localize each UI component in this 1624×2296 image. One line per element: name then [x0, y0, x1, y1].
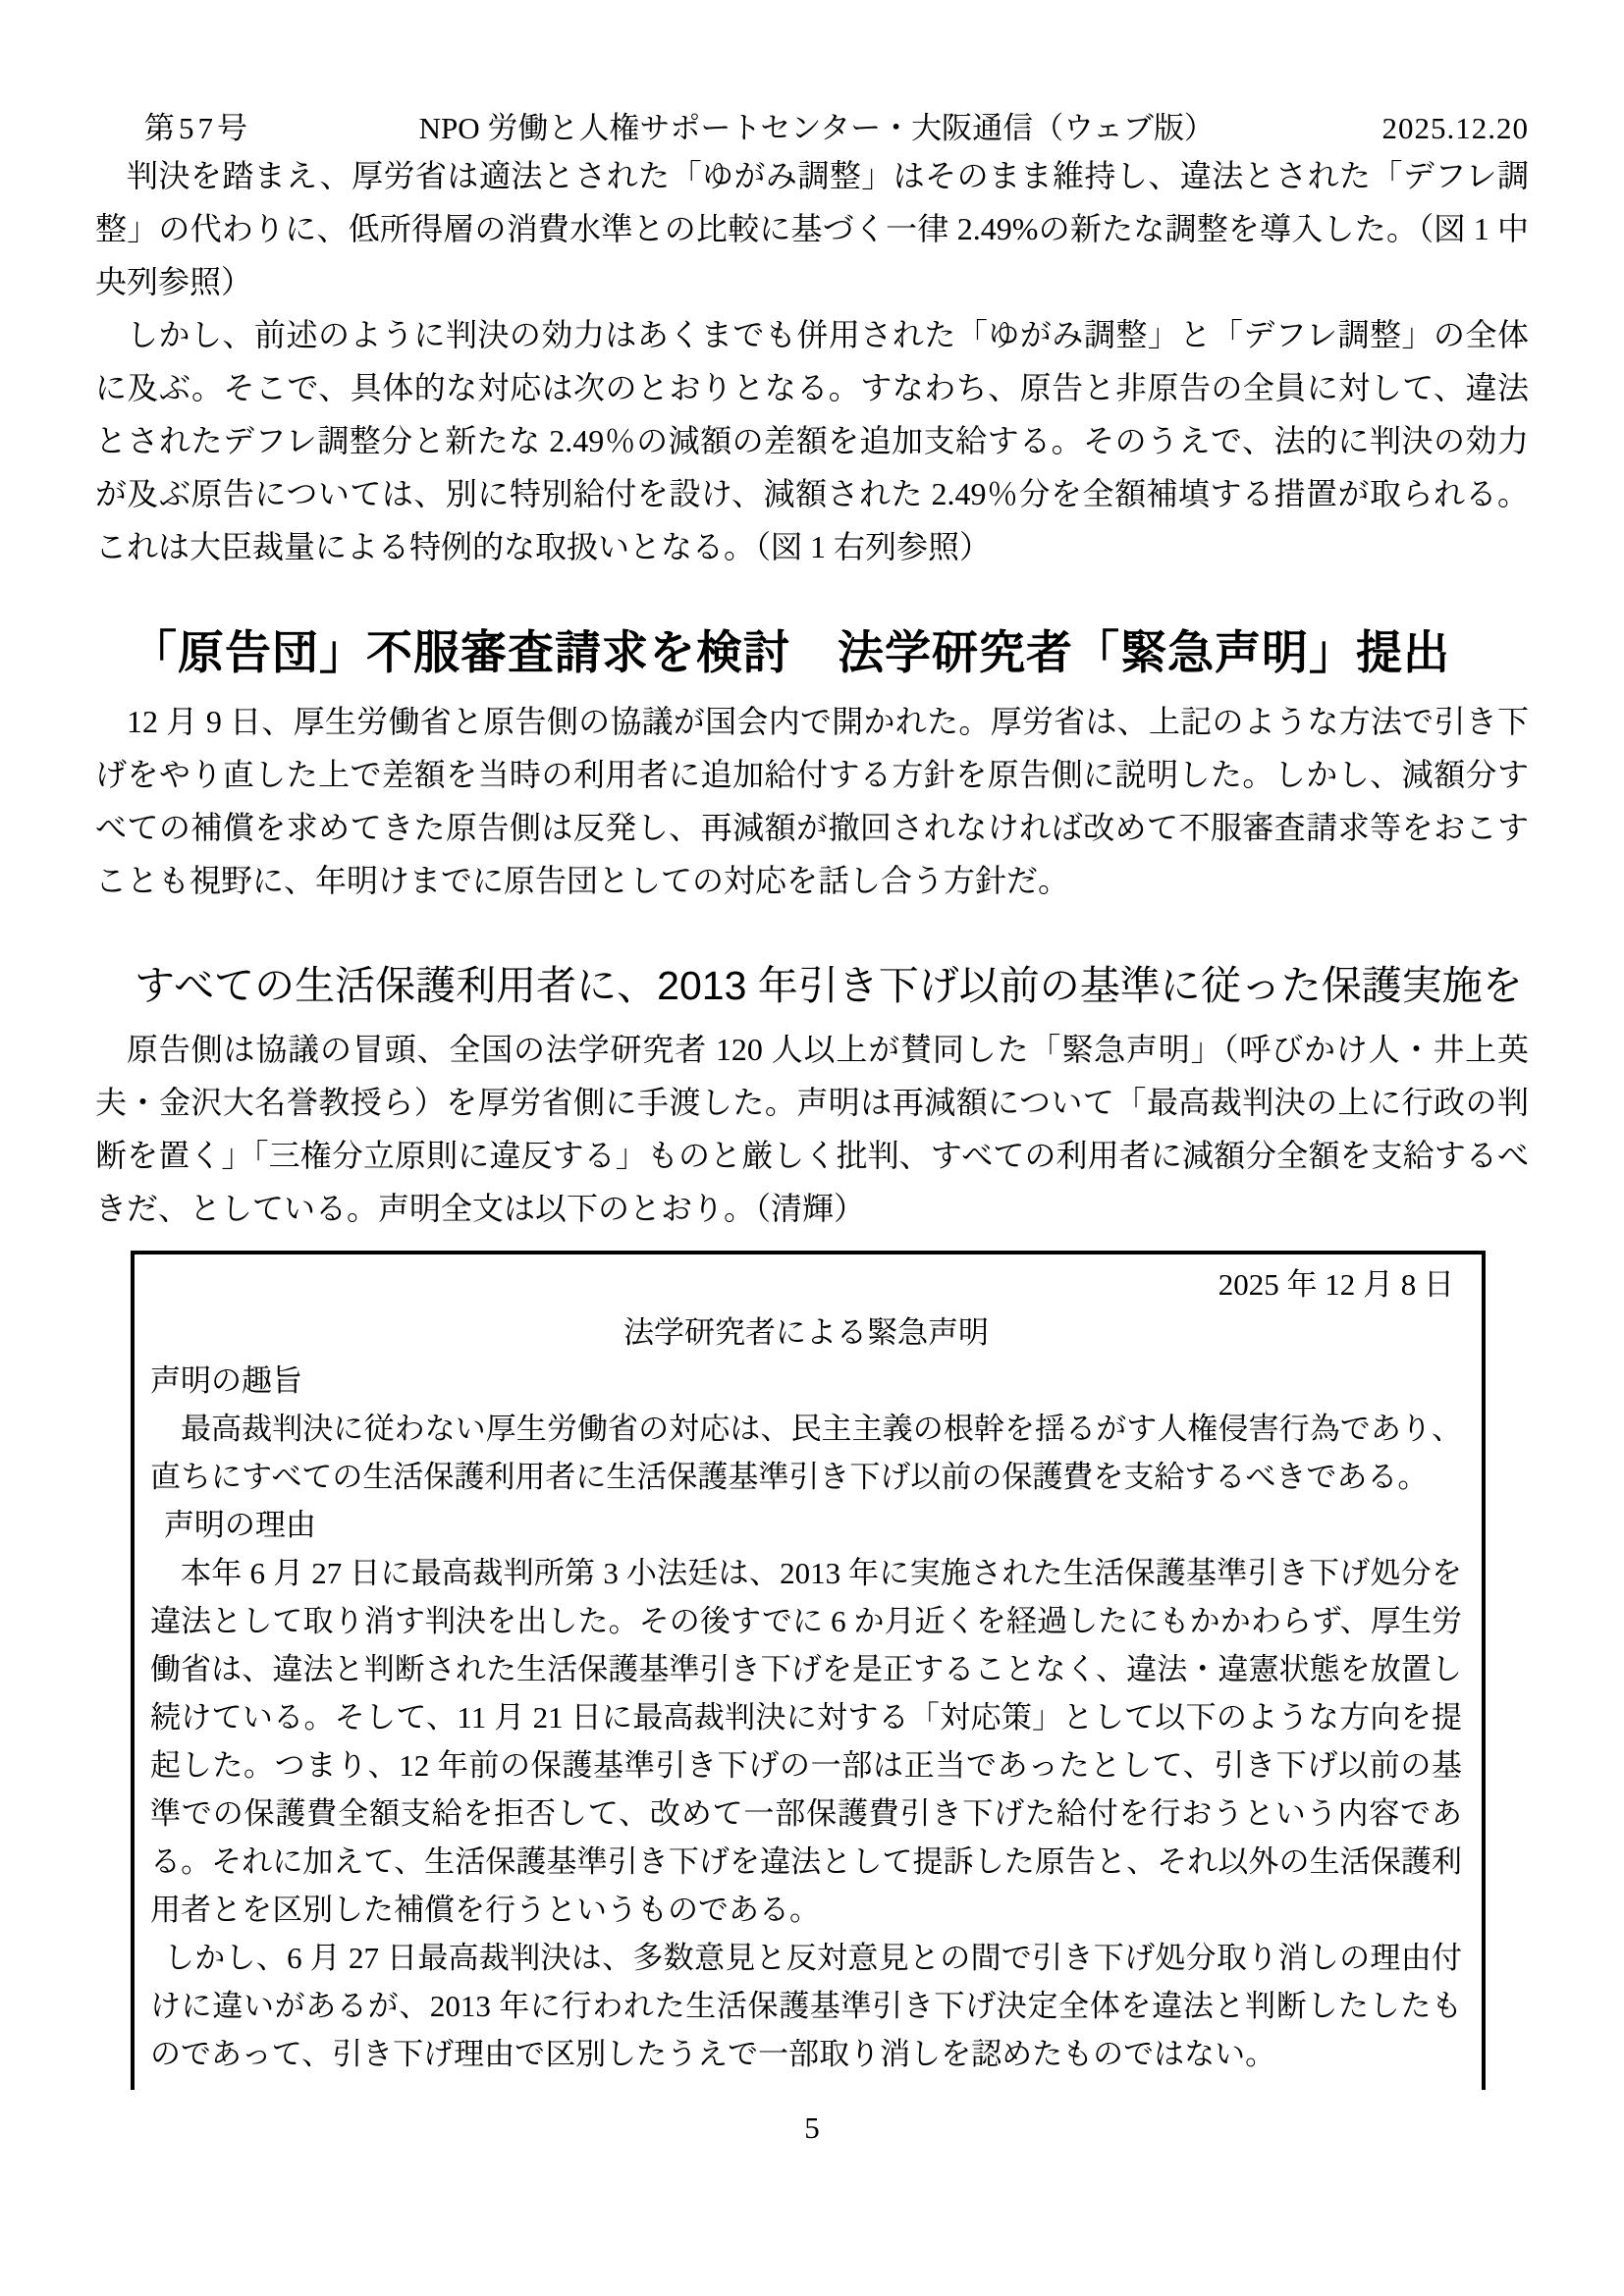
statement-date: 2025 年 12 月 8 日 [150, 1260, 1462, 1308]
newsletter-title: NPO 労働と人権サポートセンター・大阪通信（ウェブ版） [419, 108, 1215, 149]
page-content: 第57号 NPO 労働と人権サポートセンター・大阪通信（ウェブ版） 2025.1… [95, 108, 1529, 2090]
emergency-statement-box: 2025 年 12 月 8 日 法学研究者による緊急声明 声明の趣旨 最高裁判決… [131, 1251, 1486, 2090]
newsletter-page: 第57号 NPO 労働と人権サポートセンター・大阪通信（ウェブ版） 2025.1… [0, 0, 1624, 2296]
statement-reason-paragraph-1: 本年 6 月 27 日に最高裁判所第 3 小法廷は、2013 年に実施された生活… [150, 1549, 1462, 1934]
statement-purpose-label: 声明の趣旨 [150, 1357, 1462, 1405]
statement-purpose-text: 最高裁判決に従わない厚生労働省の対応は、民主主義の根幹を揺るがす人権侵害行為であ… [150, 1405, 1462, 1501]
header-date: 2025.12.20 [1381, 108, 1529, 149]
lead-paragraph-1: 判決を踏まえ、厚労省は適法とされた「ゆがみ調整」はそのまま維持し、違法とされた「… [95, 149, 1529, 308]
statement-reason-label: 声明の理由 [150, 1501, 1462, 1549]
statement-reason-paragraph-2: しかし、6 月 27 日最高裁判決は、多数意見と反対意見との間で引き下げ処分取り… [150, 1934, 1462, 2078]
issue-number: 第57号 [95, 108, 251, 149]
headline-plaintiffs-review: 「原告団」不服審査請求を検討 法学研究者「緊急声明」提出 [95, 622, 1529, 683]
section2-paragraph: 原告側は協議の冒頭、全国の法学研究者 120 人以上が賛同した「緊急声明」（呼び… [95, 1023, 1529, 1235]
page-header: 第57号 NPO 労働と人権サポートセンター・大阪通信（ウェブ版） 2025.1… [95, 108, 1529, 149]
headline-all-welfare-users: すべての生活保護利用者に、2013 年引き下げ以前の基準に従った保護実施を [95, 958, 1529, 1013]
page-number: 5 [0, 2110, 1624, 2146]
lead-paragraph-2: しかし、前述のように判決の効力はあくまでも併用された「ゆがみ調整」と「デフレ調整… [95, 308, 1529, 573]
statement-title: 法学研究者による緊急声明 [150, 1308, 1462, 1357]
section1-paragraph: 12 月 9 日、厚生労働省と原告側の協議が国会内で開かれた。厚労省は、上記のよ… [95, 695, 1529, 907]
